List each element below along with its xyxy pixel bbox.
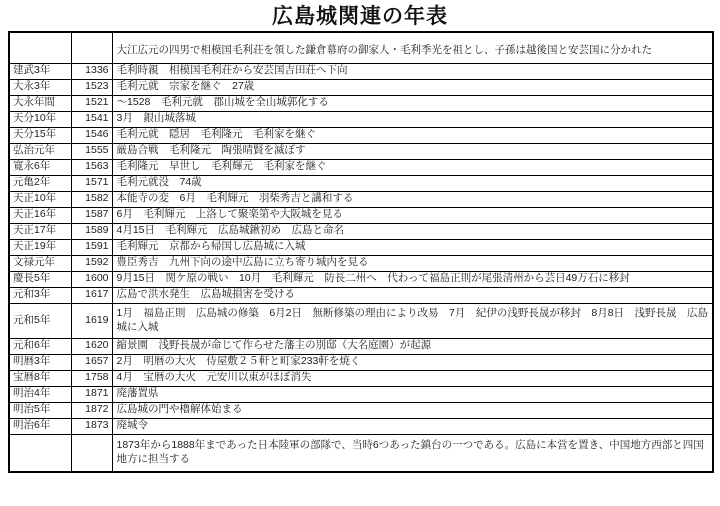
table-row: 大永3年1523毛利元就 宗家を継ぐ 27歳 (9, 79, 713, 95)
table-row: 弘治元年1555厳島合戦 毛利隆元 陶張晴賢を滅ぼす (9, 143, 713, 159)
document-page: 広島城関連の年表 大江広元の四男で相模国毛利荘を領した鎌倉幕府の御家人・毛利季光… (0, 0, 720, 506)
era-cell: 元和5年 (9, 303, 71, 338)
year-cell: 1617 (71, 287, 112, 303)
description-cell: 廃城令 (112, 418, 713, 434)
era-cell: 明暦3年 (9, 354, 71, 370)
year-cell: 1657 (71, 354, 112, 370)
year-cell: 1546 (71, 127, 112, 143)
description-cell: 本能寺の変 6月 毛利輝元 羽柴秀吉と講和する (112, 191, 713, 207)
page-title: 広島城関連の年表 (0, 0, 720, 30)
description-cell: 毛利元就没 74歳 (112, 175, 713, 191)
year-cell: 1555 (71, 143, 112, 159)
description-cell: 毛利隆元 早世し 毛利輝元 毛利家を継ぐ (112, 159, 713, 175)
description-cell: 4月15日 毛利輝元 広島城鍬初め 広島と命名 (112, 223, 713, 239)
year-cell (71, 434, 112, 472)
description-cell: 厳島合戦 毛利隆元 陶張晴賢を滅ぼす (112, 143, 713, 159)
year-cell: 1620 (71, 338, 112, 354)
description-cell: 毛利元就 宗家を継ぐ 27歳 (112, 79, 713, 95)
table-row: 明暦3年16572月 明暦の大火 侍屋敷２５軒と町家233軒を焼く (9, 354, 713, 370)
year-cell: 1563 (71, 159, 112, 175)
table-row: 天正19年1591毛利輝元 京都から帰国し広島城に入城 (9, 239, 713, 255)
table-row: 天正17年15894月15日 毛利輝元 広島城鍬初め 広島と命名 (9, 223, 713, 239)
era-cell: 元和3年 (9, 287, 71, 303)
description-cell: 廃藩置県 (112, 386, 713, 402)
table-row: 天分15年1546毛利元就 隠居 毛利隆元 毛利家を継ぐ (9, 127, 713, 143)
era-cell: 天分15年 (9, 127, 71, 143)
era-cell: 天正10年 (9, 191, 71, 207)
table-row: 明治4年1871廃藩置県 (9, 386, 713, 402)
era-cell: 弘治元年 (9, 143, 71, 159)
year-cell: 1541 (71, 111, 112, 127)
era-cell: 天正17年 (9, 223, 71, 239)
era-cell: 宝暦8年 (9, 370, 71, 386)
era-cell: 明治6年 (9, 418, 71, 434)
year-cell: 1600 (71, 271, 112, 287)
table-row: 文禄元年1592豊臣秀吉 九州下向の途中広島に立ち寄り城内を見る (9, 255, 713, 271)
table-row: 元亀2年1571毛利元就没 74歳 (9, 175, 713, 191)
description-cell: 1873年から1888年まであった日本陸軍の部隊で、当時6つあった鎮台の一つであ… (112, 434, 713, 472)
table-row: 天正16年15876月 毛利輝元 上洛して聚楽第や大阪城を見る (9, 207, 713, 223)
table-row: 宝暦8年17584月 宝暦の大火 元安川以東がほぼ消失 (9, 370, 713, 386)
era-cell: 天分10年 (9, 111, 71, 127)
year-cell: 1592 (71, 255, 112, 271)
table-row: 寛永6年1563毛利隆元 早世し 毛利輝元 毛利家を継ぐ (9, 159, 713, 175)
year-cell: 1589 (71, 223, 112, 239)
table-row: 天正10年1582本能寺の変 6月 毛利輝元 羽柴秀吉と講和する (9, 191, 713, 207)
timeline-table-body: 大江広元の四男で相模国毛利荘を領した鎌倉幕府の御家人・毛利季光を祖とし、子孫は越… (9, 32, 713, 472)
description-cell: 9月15日 関ケ原の戦い 10月 毛利輝元 防長二州へ 代わって福島正則が尾張清… (112, 271, 713, 287)
era-cell: 天正19年 (9, 239, 71, 255)
description-cell: 広島で洪水発生 広島城損害を受ける (112, 287, 713, 303)
description-cell: 大江広元の四男で相模国毛利荘を領した鎌倉幕府の御家人・毛利季光を祖とし、子孫は越… (112, 32, 713, 63)
table-row: 建武3年1336毛利時親 相模国毛利荘から安芸国吉田荘へ下向 (9, 63, 713, 79)
description-cell: ～1528 毛利元就 郡山城を全山城郭化する (112, 95, 713, 111)
year-cell: 1521 (71, 95, 112, 111)
era-cell: 建武3年 (9, 63, 71, 79)
description-cell: 6月 毛利輝元 上洛して聚楽第や大阪城を見る (112, 207, 713, 223)
era-cell: 大永3年 (9, 79, 71, 95)
year-cell: 1523 (71, 79, 112, 95)
year-cell (71, 32, 112, 63)
table-row: 1873年から1888年まであった日本陸軍の部隊で、当時6つあった鎮台の一つであ… (9, 434, 713, 472)
era-cell (9, 32, 71, 63)
era-cell: 元和6年 (9, 338, 71, 354)
year-cell: 1619 (71, 303, 112, 338)
table-row: 天分10年15413月 銀山城落城 (9, 111, 713, 127)
description-cell: 2月 明暦の大火 侍屋敷２５軒と町家233軒を焼く (112, 354, 713, 370)
year-cell: 1591 (71, 239, 112, 255)
year-cell: 1758 (71, 370, 112, 386)
era-cell (9, 434, 71, 472)
description-cell: 豊臣秀吉 九州下向の途中広島に立ち寄り城内を見る (112, 255, 713, 271)
table-row: 明治6年1873廃城令 (9, 418, 713, 434)
table-row: 元和6年1620縮景園 浅野長晟が命じて作らせた藩主の別邸（大名庭園）が起源 (9, 338, 713, 354)
era-cell: 明治4年 (9, 386, 71, 402)
description-cell: 縮景園 浅野長晟が命じて作らせた藩主の別邸（大名庭園）が起源 (112, 338, 713, 354)
year-cell: 1336 (71, 63, 112, 79)
description-cell: 毛利時親 相模国毛利荘から安芸国吉田荘へ下向 (112, 63, 713, 79)
era-cell: 寛永6年 (9, 159, 71, 175)
year-cell: 1587 (71, 207, 112, 223)
description-cell: 毛利輝元 京都から帰国し広島城に入城 (112, 239, 713, 255)
description-cell: 毛利元就 隠居 毛利隆元 毛利家を継ぐ (112, 127, 713, 143)
year-cell: 1571 (71, 175, 112, 191)
table-row: 大永年間1521～1528 毛利元就 郡山城を全山城郭化する (9, 95, 713, 111)
timeline-table: 大江広元の四男で相模国毛利荘を領した鎌倉幕府の御家人・毛利季光を祖とし、子孫は越… (8, 31, 714, 473)
era-cell: 明治5年 (9, 402, 71, 418)
year-cell: 1582 (71, 191, 112, 207)
description-cell: 3月 銀山城落城 (112, 111, 713, 127)
year-cell: 1871 (71, 386, 112, 402)
year-cell: 1872 (71, 402, 112, 418)
description-cell: 4月 宝暦の大火 元安川以東がほぼ消失 (112, 370, 713, 386)
description-cell: 広島城の門や櫓解体始まる (112, 402, 713, 418)
year-cell: 1873 (71, 418, 112, 434)
table-row: 元和5年16191月 福島正則 広島城の修築 6月2日 無断修築の理由により改易… (9, 303, 713, 338)
era-cell: 元亀2年 (9, 175, 71, 191)
table-row: 元和3年1617広島で洪水発生 広島城損害を受ける (9, 287, 713, 303)
table-row: 大江広元の四男で相模国毛利荘を領した鎌倉幕府の御家人・毛利季光を祖とし、子孫は越… (9, 32, 713, 63)
table-row: 慶長5年16009月15日 関ケ原の戦い 10月 毛利輝元 防長二州へ 代わって… (9, 271, 713, 287)
era-cell: 慶長5年 (9, 271, 71, 287)
description-cell: 1月 福島正則 広島城の修築 6月2日 無断修築の理由により改易 7月 紀伊の浅… (112, 303, 713, 338)
era-cell: 文禄元年 (9, 255, 71, 271)
era-cell: 天正16年 (9, 207, 71, 223)
table-row: 明治5年1872広島城の門や櫓解体始まる (9, 402, 713, 418)
era-cell: 大永年間 (9, 95, 71, 111)
